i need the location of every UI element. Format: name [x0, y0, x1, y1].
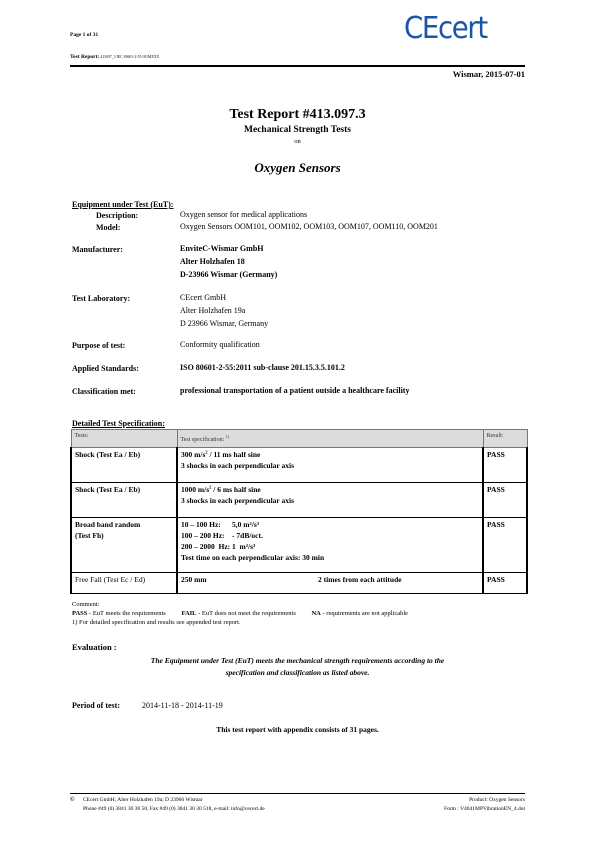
classification-value: professional transportation of a patient…	[180, 385, 409, 397]
report-reference-label: Test Report:	[70, 54, 99, 60]
table-row: Free Fall (Test Ec / Ed) 250 mm 2 times …	[71, 573, 527, 594]
classification-label: Classification met:	[72, 387, 136, 396]
evaluation-heading: Evaluation :	[72, 642, 117, 652]
footer-product: Product: Oxygen Sensors	[469, 797, 525, 803]
period-value: 2014-11-18 - 2014-11-19	[142, 701, 223, 710]
column-header-result: Result:	[483, 430, 527, 448]
table-row: Broad band random (Test Fh) 10 – 100 Hz:…	[71, 518, 527, 573]
manufacturer-line-1: EnviteC-Wismar GmbH	[180, 243, 263, 255]
legend-pass-text: - EuT meets the requirements	[87, 610, 165, 617]
test-name-line: Broad band random	[75, 519, 173, 530]
test-name-line: Free Fall (Test Ec / Ed)	[75, 574, 173, 585]
laboratory-line-2: Alter Holzhafen 19a	[180, 305, 245, 317]
test-name-line: Shock (Test Ea / Eb)	[75, 484, 173, 495]
spec-line: 100 – 200 Hz: - 7dB/oct.	[181, 530, 479, 541]
column-header-tests: Tests:	[71, 430, 177, 448]
product-name: Oxygen Sensors	[0, 160, 595, 176]
legend-na-key: NA	[311, 610, 320, 617]
evaluation-line-1: The Equipment under Test (EuT) meets the…	[0, 655, 595, 667]
spec-line: 200 – 2000 Hz: 1 m²/s³	[181, 541, 479, 552]
test-spec: 250 mm 2 times from each attitude	[177, 573, 483, 594]
test-result: PASS	[483, 518, 527, 573]
footer-address: CEcert GmbH; Alter Holzhafen 19a; D 2396…	[83, 797, 203, 803]
spec-line: 300 m/s2 / 11 ms half sine	[181, 449, 479, 460]
footer-contact: Phone #49 (0) 3841 30 30 50, Fax #49 (0)…	[83, 806, 265, 812]
cecert-logo: CEcert	[404, 14, 487, 44]
spec-line: 3 shocks in each perpendicular axis	[181, 460, 479, 471]
spec-line: 3 shocks in each perpendicular axis	[181, 495, 479, 506]
spec-height: 250 mm	[181, 575, 207, 584]
laboratory-line-3: D 23966 Wismar, Germany	[180, 318, 268, 330]
period-label: Period of test:	[72, 701, 120, 710]
table-row: Shock (Test Ea / Eb) 1000 m/s2 / 6 ms ha…	[71, 483, 527, 518]
standards-label: Applied Standards:	[72, 364, 139, 373]
column-header-spec: Test specification: 1)	[177, 430, 483, 448]
legend-fail-text: - EuT does not meet the requirements	[197, 610, 296, 617]
column-header-spec-label: Test specification:	[181, 437, 225, 443]
evaluation-line-2: specification and classification as list…	[0, 667, 595, 679]
description-label: Description:	[96, 211, 138, 220]
test-result: PASS	[483, 483, 527, 518]
spec-line: 1000 m/s2 / 6 ms half sine	[181, 484, 479, 495]
manufacturer-label: Manufacturer:	[72, 245, 123, 254]
standards-value: ISO 80601-2-55:2011 sub-clause 201.15.3.…	[180, 362, 345, 374]
test-result: PASS	[483, 573, 527, 594]
legend-na-text: - requirements are not applicable	[321, 610, 408, 617]
purpose-value: Conformity qualification	[180, 339, 260, 351]
report-title: Test Report #413.097.3	[0, 107, 595, 123]
manufacturer-line-3: D-23966 Wismar (Germany)	[180, 269, 277, 281]
spec-table-header: Tests: Test specification: 1) Result:	[71, 430, 527, 448]
test-spec: 10 – 100 Hz: 5,0 m²/s³ 100 – 200 Hz: - 7…	[177, 518, 483, 573]
legend-pass-key: PASS	[72, 610, 87, 617]
legend-fail-key: FAIL	[181, 610, 196, 617]
footnote: 1) For detailed specification and result…	[72, 619, 241, 626]
spec-repetitions: 2 times from each attitude	[318, 574, 402, 585]
test-result: PASS	[483, 448, 527, 483]
pages-note: This test report with appendix consists …	[0, 725, 595, 734]
spec-line: Test time on each perpendicular axis: 30…	[181, 552, 479, 563]
equipment-heading: Equipment under Test (EuT):	[72, 200, 173, 209]
comment-heading: Comment:	[72, 601, 99, 608]
test-name: Free Fall (Test Ec / Ed)	[71, 573, 177, 594]
description-value: Oxygen sensor for medical applications	[180, 209, 307, 221]
result-legend: PASS - EuT meets the requirements FAIL -…	[72, 610, 408, 617]
spec-line: 250 mm 2 times from each attitude	[181, 574, 479, 585]
header-divider	[70, 65, 525, 67]
table-row: Shock (Test Ea / Eb) 300 m/s2 / 11 ms ha…	[71, 448, 527, 483]
manufacturer-line-2: Alter Holzhafen 18	[180, 256, 245, 268]
model-label: Model:	[96, 223, 120, 232]
evaluation-text: The Equipment under Test (EuT) meets the…	[0, 655, 595, 679]
report-subtitle: Mechanical Strength Tests	[0, 125, 595, 135]
test-spec: 1000 m/s2 / 6 ms half sine 3 shocks in e…	[177, 483, 483, 518]
model-value: Oxygen Sensors OOM101, OOM102, OOM103, O…	[180, 221, 438, 233]
test-name: Shock (Test Ea / Eb)	[71, 483, 177, 518]
purpose-label: Purpose of test:	[72, 341, 125, 350]
spec-footnote-marker: 1)	[226, 434, 229, 439]
laboratory-label: Test Laboratory:	[72, 294, 130, 303]
test-name: Shock (Test Ea / Eb)	[71, 448, 177, 483]
spec-heading: Detailed Test Specification:	[72, 419, 165, 428]
footer-divider	[70, 793, 525, 794]
report-on: on	[0, 138, 595, 145]
page-number: Page 1 of 31	[70, 32, 98, 38]
laboratory-line-1: CEcert GmbH	[180, 292, 226, 304]
test-name: Broad band random (Test Fh)	[71, 518, 177, 573]
report-reference: Test Report: 413097_3 IEC 80601-2-55 OOM…	[70, 54, 159, 60]
spec-line: 10 – 100 Hz: 5,0 m²/s³	[181, 519, 479, 530]
place-date: Wismar, 2015-07-01	[453, 69, 525, 79]
copyright-icon: ©	[70, 797, 74, 803]
test-spec: 300 m/s2 / 11 ms half sine 3 shocks in e…	[177, 448, 483, 483]
report-reference-id: 413097_3 IEC 80601-2-55 OOMXXX	[101, 55, 160, 59]
footer-form: Form : V4041MPVibrationEN_4.dot	[444, 806, 525, 812]
test-name-line: Shock (Test Ea / Eb)	[75, 449, 173, 460]
spec-table: Tests: Test specification: 1) Result: Sh…	[70, 429, 528, 594]
test-name-line: (Test Fh)	[75, 530, 173, 541]
